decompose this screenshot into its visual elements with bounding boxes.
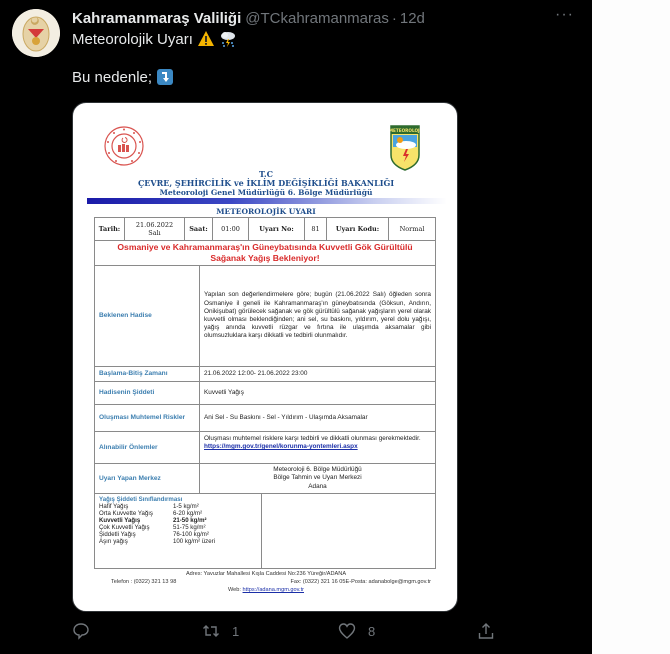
tweet: Kahramanmaraş Valiliği @TCkahramanmaras … — [0, 0, 592, 654]
reply-button[interactable] — [72, 622, 102, 640]
row-label: Başlama-Bitiş Zamanı — [95, 367, 200, 381]
scale-item-range: 100 kg/m² üzeri — [173, 538, 215, 545]
tweet-header: Kahramanmaraş Valiliği @TCkahramanmaras … — [72, 8, 576, 28]
warning-details: Osmaniye ve Kahramanmaraş'ın Güneybatısı… — [94, 240, 436, 569]
scale-item: Aşırı yağış100 kg/m² üzeri — [99, 538, 257, 545]
row-label: Hadisenin Şiddeti — [95, 382, 200, 404]
tweet-actions: 1 8 — [72, 622, 502, 646]
detail-row: Oluşması Muhtemel Riskler Ani Sel - Su B… — [95, 405, 435, 432]
row-value: Yapılan son değerlendirmelere göre; bugü… — [200, 266, 435, 366]
header-divider — [87, 198, 447, 204]
detail-row: Beklenen Hadise Yapılan son değerlendirm… — [95, 266, 435, 367]
tweet-text: Meteorolojik Uyarı — [72, 31, 193, 48]
warning-no-value: 81 — [305, 218, 327, 241]
scale-item-name: Şiddetli Yağış — [99, 531, 173, 538]
warning-code-value: Normal — [389, 218, 436, 241]
tweet-text-line2: Bu nedenle; — [72, 68, 174, 86]
scale-item: Orta Kuvvette Yağış6-20 kg/m² — [99, 510, 257, 517]
separator: · — [392, 10, 397, 27]
avatar[interactable] — [12, 9, 60, 57]
scale-item-name: Kuvvetli Yağış — [99, 517, 173, 524]
warning-headline: Osmaniye ve Kahramanmaraş'ın Güneybatısı… — [95, 240, 435, 266]
warning-code-label: Uyarı Kodu: — [327, 218, 389, 241]
row-value: 21.06.2022 12:00- 21.06.2022 23:00 — [200, 367, 435, 381]
date-label: Tarih: — [95, 218, 125, 241]
more-options-icon[interactable]: ··· — [555, 6, 574, 24]
scale-item: Şiddetli Yağış76-100 kg/m² — [99, 531, 257, 538]
share-button[interactable] — [477, 622, 495, 640]
share-icon — [477, 622, 495, 640]
row-label: Oluşması Muhtemel Riskler — [95, 405, 200, 431]
doc-header-ministry: ÇEVRE, ŞEHİRCİLİK ve İKLİM DEĞİŞİKLİĞİ B… — [73, 178, 458, 188]
scale-item-range: 21-50 kg/m² — [173, 517, 207, 524]
empty-cell — [262, 494, 435, 568]
scale-item: Çok Kuvvetli Yağış51-75 kg/m² — [99, 524, 257, 531]
ministry-emblem-icon — [103, 125, 145, 167]
footer-fax-email: Fax: (0322) 321 16 05E-Posta: adanabolge… — [290, 579, 431, 585]
scale-item-range: 6-20 kg/m² — [173, 510, 202, 517]
author-name[interactable]: Kahramanmaraş Valiliği — [72, 10, 241, 27]
governorship-emblem-icon — [12, 9, 60, 57]
row-label: Uyarı Yapan Merkez — [95, 464, 200, 493]
tweet-image[interactable]: METEOROLOJİ T.C ÇEVRE, ŞEHİRCİLİK ve İKL… — [72, 102, 458, 612]
detail-row: Uyarı Yapan Merkez Meteoroloji 6. Bölge … — [95, 464, 435, 494]
row-value: Meteoroloji 6. Bölge Müdürlüğü Bölge Tah… — [200, 464, 435, 493]
scale-item-range: 1-5 kg/m² — [173, 503, 199, 510]
scale-item-name: Orta Kuvvette Yağış — [99, 510, 173, 517]
scale-item: Kuvvetli Yağış21-50 kg/m² — [99, 517, 257, 524]
svg-text:METEOROLOJİ: METEOROLOJİ — [390, 128, 420, 133]
time-label: Saat: — [185, 218, 213, 241]
detail-row: Alınabilir Önlemler Oluşması muhtemel ri… — [95, 432, 435, 464]
footer-address: Adres: Yavuzlar Mahallesi Kışla Caddesi … — [73, 571, 458, 577]
doc-header-directorate: Meteoroloji Genel Müdürlüğü 6. Bölge Müd… — [73, 188, 458, 197]
scale-item-name: Aşırı yağış — [99, 538, 173, 545]
date-value: 21.06.2022 Salı — [125, 218, 185, 241]
scale-item-name: Hafif Yağış — [99, 503, 173, 510]
row-label: Beklenen Hadise — [95, 266, 200, 366]
row-value: Ani Sel - Su Baskını - Sel - Yıldırım - … — [200, 405, 435, 431]
like-button[interactable]: 8 — [338, 622, 375, 640]
reply-icon — [72, 622, 90, 640]
scale-item-range: 76-100 kg/m² — [173, 531, 209, 538]
precipitation-scale: Yağış Şiddeti Sınıflandırması Hafif Yağı… — [95, 494, 262, 568]
tweet-text: Bu nedenle; — [72, 69, 152, 86]
footer-phone: Telefon : (0322) 321 13 98 — [111, 579, 176, 585]
detail-row: Hadisenin Şiddeti Kuvvetli Yağış — [95, 382, 435, 405]
retweet-icon — [202, 622, 220, 640]
warning-document: METEOROLOJİ T.C ÇEVRE, ŞEHİRCİLİK ve İKL… — [73, 103, 458, 612]
scale-item-range: 51-75 kg/m² — [173, 524, 206, 531]
detail-row: Başlama-Bitiş Zamanı 21.06.2022 12:00- 2… — [95, 367, 435, 382]
web-link[interactable]: https://adana.mgm.gov.tr — [243, 587, 304, 593]
precautions-link[interactable]: https://mgm.gov.tr/genel/korunma-yonteml… — [204, 443, 431, 451]
tweet-text-line1: Meteorolojik Uyarı — [72, 30, 237, 48]
warning-icon — [197, 30, 215, 48]
meteoroloji-shield-icon: METEOROLOJİ — [390, 125, 420, 171]
author-handle[interactable]: @TCkahramanmaras — [245, 10, 389, 27]
footer-contact: Telefon : (0322) 321 13 98 Fax: (0322) 3… — [111, 579, 431, 585]
cloud-lightning-rain-icon — [219, 30, 237, 48]
heart-icon — [338, 622, 356, 640]
footer-web: Web: https://adana.mgm.gov.tr — [73, 587, 458, 593]
row-label: Alınabilir Önlemler — [95, 432, 200, 463]
scale-title: Yağış Şiddeti Sınıflandırması — [99, 496, 257, 503]
row-value: Kuvvetli Yağış — [200, 382, 435, 404]
scale-item-name: Çok Kuvvetli Yağış — [99, 524, 173, 531]
row-value: Oluşması muhtemel risklere karşı tedbirl… — [200, 432, 435, 463]
time-value: 01:00 — [213, 218, 249, 241]
scale-row: Yağış Şiddeti Sınıflandırması Hafif Yağı… — [95, 494, 435, 568]
retweet-button[interactable]: 1 — [202, 622, 239, 640]
scale-item: Hafif Yağış1-5 kg/m² — [99, 503, 257, 510]
warning-no-label: Uyarı No: — [249, 218, 305, 241]
timestamp[interactable]: 12d — [400, 10, 425, 27]
info-table: Tarih: 21.06.2022 Salı Saat: 01:00 Uyarı… — [94, 217, 436, 241]
doc-title: METEOROLOJİK UYARI — [73, 207, 458, 216]
arrow-down-right-icon — [156, 68, 174, 86]
